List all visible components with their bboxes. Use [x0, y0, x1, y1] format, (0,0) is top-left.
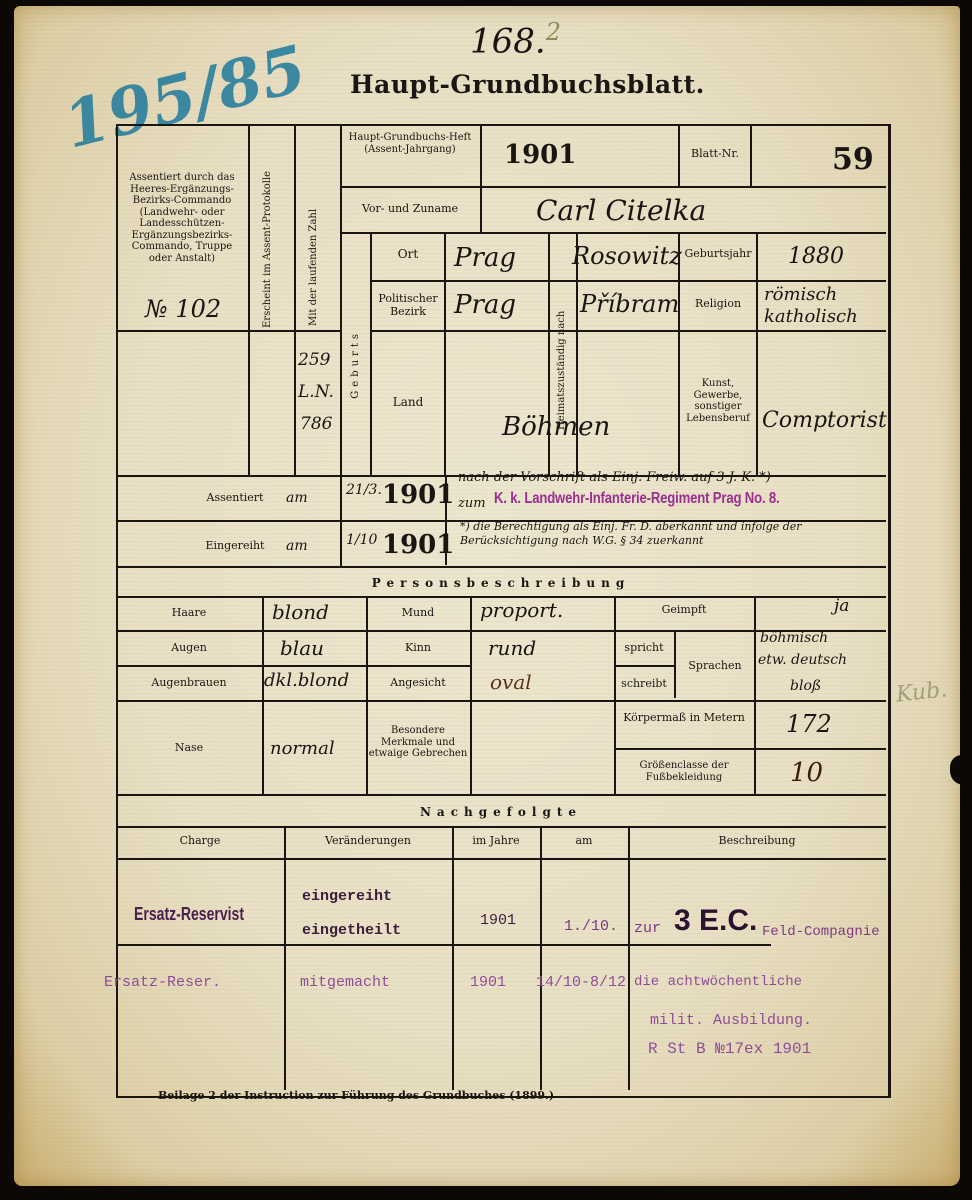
sprachen-value-3: bloß	[790, 678, 821, 694]
col-jahr: im Jahre	[452, 835, 540, 848]
kinn-value: rund	[488, 636, 536, 660]
blatt-value: 59	[832, 142, 874, 177]
haare-value: blond	[272, 600, 329, 624]
assentiert-durch-label: Assentiert durch das Heeres-Ergänzungs-B…	[120, 172, 244, 264]
row2-veraenderung: mitgemacht	[300, 974, 390, 991]
religion-label: Religion	[682, 298, 754, 311]
row1-veraenderung-2: eingetheilt	[302, 922, 401, 939]
koerper-value: 172	[786, 710, 832, 738]
assentiert-durch-value: № 102	[145, 295, 221, 323]
sprachen-value-1: böhmisch	[760, 630, 828, 646]
assentiert-year: 1901	[382, 480, 454, 510]
ort-value: Prag	[454, 243, 516, 273]
row1-jahr: 1901	[480, 912, 516, 929]
mund-label: Mund	[366, 607, 470, 620]
nase-label: Nase	[116, 742, 262, 755]
nachgefolgte-title: Nachgefolgte	[116, 805, 886, 819]
laufende-zahl-label: Mit der laufenden Zahl	[308, 190, 319, 326]
heft-label: Haupt-Grundbuchs-Heft (Assent-Jahrgang)	[344, 132, 476, 155]
augen-value: blau	[280, 636, 324, 660]
laufende-zahl-3: 786	[300, 414, 332, 434]
row1-beschreibung-prefix: zur	[634, 920, 661, 937]
col-charge: Charge	[116, 835, 284, 848]
row1-beschreibung-suffix: Feld-Compagnie	[762, 924, 880, 940]
geimpft-label: Geimpft	[614, 604, 754, 617]
religion-value: römisch katholisch	[764, 284, 884, 327]
geimpft-value: ja	[834, 596, 849, 616]
geburtsjahr-value: 1880	[788, 244, 844, 269]
margin-note: Kub.	[895, 677, 949, 707]
spricht-label: spricht	[614, 642, 674, 655]
row2-beschreibung-2: milit. Ausbildung.	[650, 1012, 812, 1029]
assentiert-prefix: am	[286, 490, 308, 506]
assent-footnote: *) die Berechtigung als Einj. Fr. D. abe…	[460, 520, 880, 548]
page-number-handwritten: 168.2	[470, 18, 561, 61]
assentiert-date: 21/3.	[346, 482, 382, 498]
assent-note-1: nach der Vorschrift als Einj. Freiw. auf…	[458, 470, 771, 485]
sprachen-value-2: etw. deutsch	[758, 652, 847, 668]
eingereiht-label: Eingereiht	[200, 540, 270, 553]
personsbeschreibung-title: Personsbeschreibung	[116, 576, 886, 590]
bezirk-label: Politischer Bezirk	[372, 293, 444, 318]
eingereiht-prefix: am	[286, 538, 308, 554]
row2-jahr: 1901	[470, 974, 506, 991]
heimat-ort-value: Rosowitz	[572, 242, 682, 270]
fuss-label: Größenclasse der Fußbekleidung	[614, 760, 754, 783]
merkmale-label: Besondere Merkmale und etwaige Gebrechen	[368, 725, 468, 760]
name-label: Vor- und Zuname	[344, 203, 476, 216]
beruf-label: Kunst, Gewerbe, sonstiger Lebensberuf	[682, 378, 754, 424]
row2-am: 14/10-8/12	[536, 974, 626, 991]
row1-company-stamp: 3 E.C.	[674, 904, 757, 938]
torn-edge	[950, 755, 972, 785]
heimat-bezirk-value: Příbram	[580, 290, 679, 318]
koerper-label: Körpermaß in Metern	[614, 712, 754, 725]
row2-beschreibung-1: die achtwöchentliche	[634, 974, 802, 990]
blatt-label: Blatt-Nr.	[684, 148, 746, 161]
land-label: Land	[372, 396, 444, 410]
schreibt-label: schreibt	[614, 678, 674, 691]
row2-charge: Ersatz-Reser.	[104, 974, 221, 991]
heimat-label: Heimatszuständig nach	[556, 280, 567, 430]
eingereiht-year: 1901	[382, 530, 454, 560]
row2-beschreibung-3: R St B №17ex 1901	[648, 1040, 811, 1058]
col-beschreibung: Beschreibung	[628, 835, 886, 848]
col-am: am	[540, 835, 628, 848]
gesicht-label: Angesicht	[366, 677, 470, 690]
augen-label: Augen	[116, 642, 262, 655]
geburtsjahr-label: Geburtsjahr	[682, 248, 754, 261]
regiment-stamp: K. k. Landwehr-Infanterie-Regiment Prag …	[494, 490, 780, 508]
ort-label: Ort	[372, 248, 444, 262]
geburts-label: Geburts	[350, 330, 361, 399]
fuss-value: 10	[790, 758, 823, 788]
eingereiht-date: 1/10	[346, 532, 377, 548]
laufende-zahl-1: 259	[298, 350, 330, 370]
assentiert-label: Assentiert	[200, 492, 270, 505]
laufende-zahl-2: L.N.	[298, 382, 334, 402]
heft-value: 1901	[504, 140, 576, 170]
name-value: Carl Citelka	[536, 194, 706, 227]
brauen-label: Augenbrauen	[116, 677, 262, 690]
sprachen-label: Sprachen	[676, 660, 754, 673]
document-title: Haupt-Grundbuchsblatt.	[350, 70, 705, 99]
row1-charge: Ersatz-Reservist	[134, 904, 244, 925]
haare-label: Haare	[116, 607, 262, 620]
mund-value: proport.	[480, 598, 563, 622]
col-veraenderungen: Veränderungen	[284, 835, 452, 848]
gesicht-value: oval	[490, 670, 532, 694]
row1-am: 1./10.	[564, 918, 618, 935]
kinn-label: Kinn	[366, 642, 470, 655]
erscheint-label: Erscheint im Assent-Protokolle	[262, 148, 273, 328]
brauen-value: dkl.blond	[264, 670, 349, 691]
beruf-value: Comptorist	[762, 408, 887, 433]
nase-value: normal	[270, 738, 335, 759]
row1-veraenderung-1: eingereiht	[302, 888, 392, 905]
footer-note: Beilage 2 der Instruction zur Führung de…	[158, 1090, 554, 1103]
bezirk-value: Prag	[454, 290, 516, 320]
assent-note-2: zum	[458, 496, 486, 511]
